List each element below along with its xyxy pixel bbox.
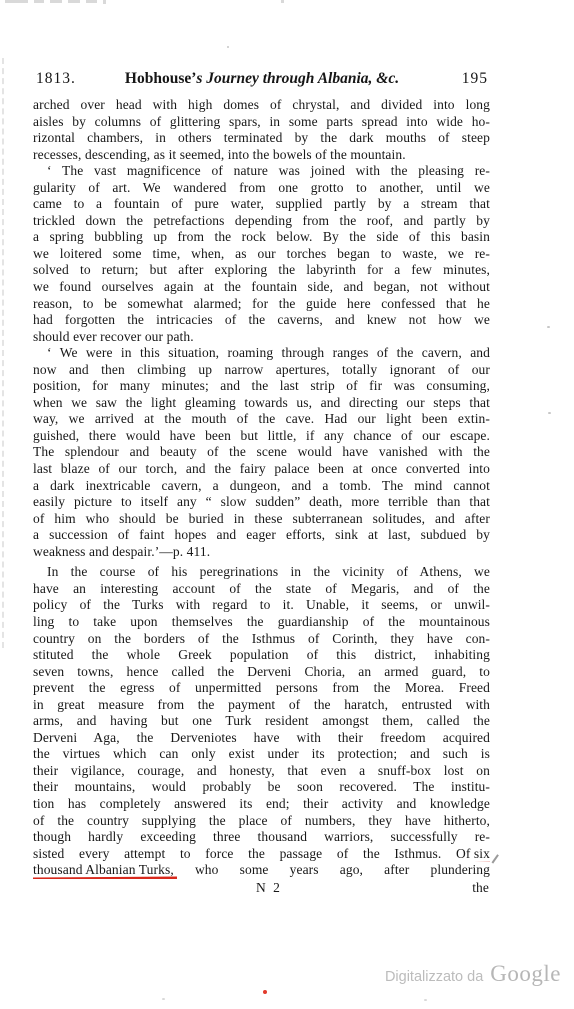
text-line-thousand: thousand Albanian Turks, who some years … — [33, 862, 490, 879]
catchword: the — [472, 879, 489, 896]
text-line: their vigilance, courage, and honesty, t… — [33, 763, 490, 780]
text-line: now and then climbing up narrow aperture… — [33, 362, 490, 379]
text-line: ‘ We were in this situation, roaming thr… — [33, 345, 490, 362]
scan-artifact-speck — [424, 999, 427, 1001]
text-line: came to a fountain of pure water, suppli… — [33, 196, 490, 213]
header-title-italic: s Journey through Albania, &c. — [196, 70, 399, 87]
header-page-number: 195 — [462, 70, 488, 88]
text-line: aisles by columns of glittering spars, i… — [33, 114, 490, 131]
text-line: had forgotten the intricacies of the cav… — [33, 312, 490, 329]
text-line: last blaze of our torch, and the fairy p… — [33, 461, 490, 478]
text-line: way, we arrived at the mouth of the cave… — [33, 411, 490, 428]
scan-artifact-tick — [281, 0, 284, 3]
text-line: Derveni Aga, the Derveniotes have with t… — [33, 730, 490, 747]
text-line: stituted the whole Greek population of t… — [33, 647, 490, 664]
text-line: In the course of his peregrinations in t… — [33, 564, 490, 581]
text-line: a spring bubbling up from the rock below… — [33, 229, 490, 246]
text-line: easily picture to itself any “ slow sudd… — [33, 494, 490, 511]
text-line: should ever recover our path. — [33, 329, 490, 346]
header-year: 1813. — [36, 70, 76, 88]
scanned-book-page: { "document": { "header": { "year": "181… — [0, 0, 574, 1009]
text-line: recesses, descending, as it seemed, into… — [33, 147, 490, 164]
text-line: prevent the egress of unpermitted person… — [33, 680, 490, 697]
text-line: a dark inextricable cavern, a dungeon, a… — [33, 478, 490, 495]
header-title-roman: Hobhouse’ — [125, 70, 197, 87]
google-watermark: Digitalizzato da Google — [385, 961, 561, 987]
text-line: have an interesting account of the state… — [33, 581, 490, 598]
text-line: The splendour and beauty of the scene wo… — [33, 444, 490, 461]
scan-artifact-left-edge-line — [2, 58, 4, 648]
text-line: arched over head with high domes of chry… — [33, 97, 490, 114]
text-line: gularity of art. We wandered from one gr… — [33, 180, 490, 197]
text-line: policy of the Turks with regard to it. U… — [33, 597, 490, 614]
text-line: when we saw the light gleaming towards u… — [33, 395, 490, 412]
text-line-of-six: sisted every attempt to force the passag… — [33, 846, 490, 863]
text-line-of-six-pre: sisted every attempt to force the passag… — [33, 846, 441, 861]
red-underline-thousand-albanian-turks: thousand Albanian Turks, — [33, 862, 174, 879]
scan-artifact-speck — [548, 412, 551, 414]
scan-artifact-tick — [103, 0, 106, 4]
text-line: trickled down the petrefactions dependin… — [33, 213, 490, 230]
text-line: of the country supplying the place of nu… — [33, 813, 490, 830]
scan-artifact-dash — [34, 0, 44, 3]
red-underline-of-six: Of six — [456, 846, 490, 863]
header-title: Hobhouse’s Journey through Albania, &c. — [125, 70, 399, 88]
text-line: a succession of faint hopes and eager ef… — [33, 527, 490, 544]
scan-artifact-dash — [50, 0, 62, 3]
text-line: arms, and having but one Turk resident a… — [33, 713, 490, 730]
watermark-text: Digitalizzato da — [385, 969, 483, 985]
text-line: their mountains, would probably be soon … — [33, 779, 490, 796]
scan-artifact-speck — [227, 46, 229, 48]
text-line: tion has completely answered its end; th… — [33, 796, 490, 813]
text-line: though hardly exceeding three thousand w… — [33, 829, 490, 846]
text-line: country on the borders of the Isthmus of… — [33, 631, 490, 648]
text-line: we loitered some time, when, as our torc… — [33, 246, 490, 263]
signature-mark: N 2 — [256, 879, 282, 896]
scan-artifact-dash — [68, 0, 80, 3]
scan-artifact-slash — [492, 854, 499, 863]
text-lines: arched over head with high domes of chry… — [33, 97, 490, 846]
text-line: reason, to be somewhat alarmed; for the … — [33, 296, 490, 313]
page-header: 1813. Hobhouse’s Journey through Albania… — [0, 70, 574, 90]
text-line: we found ourselves again at the fountain… — [33, 279, 490, 296]
text-line: position, for many minutes; and the last… — [33, 378, 490, 395]
scan-artifact-dash — [5, 0, 28, 3]
text-line: solved to return; but after exploring th… — [33, 262, 490, 279]
text-line: ‘ The vast magnificence of nature was jo… — [33, 163, 490, 180]
text-line: in great measure from the payment of the… — [33, 697, 490, 714]
text-line: rizontal chambers, in others terminated … — [33, 130, 490, 147]
text-line: weakness and despair.’—p. 411. — [33, 544, 490, 561]
scan-artifact-speck — [162, 998, 165, 1000]
red-dot-artifact — [263, 990, 267, 994]
signature-row: N 2 the — [33, 879, 490, 896]
scan-artifact-dash — [86, 0, 97, 3]
text-line-thousand-post: who some years ago, after plundering — [195, 862, 490, 877]
text-line: seven towns, hence called the Derveni Ch… — [33, 664, 490, 681]
text-line: of him who should be buried in these sub… — [33, 511, 490, 528]
scan-artifact-speck — [547, 326, 550, 328]
google-logo: Google — [490, 961, 561, 987]
text-line: guished, there would have been but littl… — [33, 428, 490, 445]
text-line: the virtues which can only exist under i… — [33, 746, 490, 763]
text-line: ling to take upon themselves the guardia… — [33, 614, 490, 631]
body-text: arched over head with high domes of chry… — [33, 97, 490, 896]
